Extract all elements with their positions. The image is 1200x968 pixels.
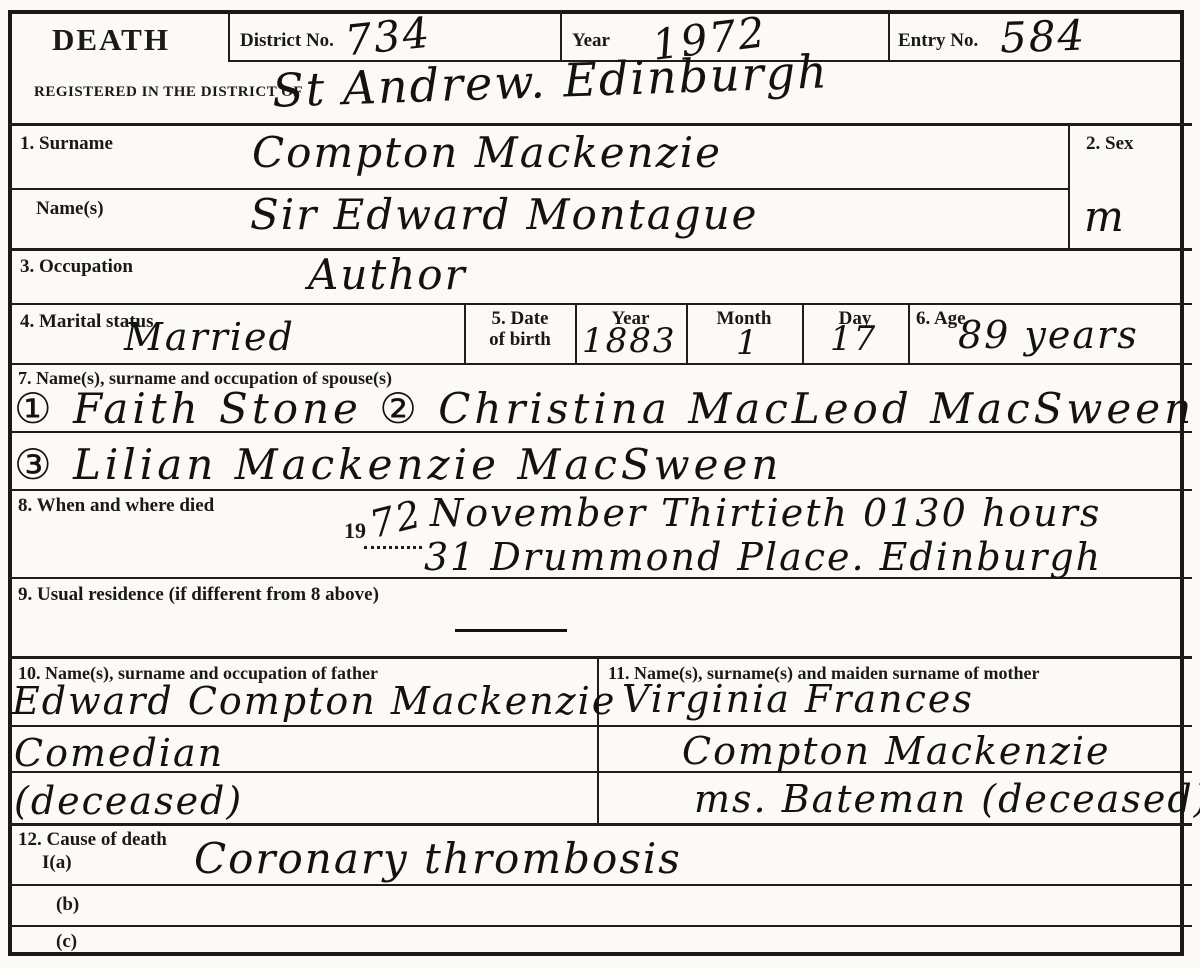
form-type-title: DEATH bbox=[52, 22, 170, 58]
grid-line bbox=[8, 123, 1192, 126]
mother-name: Virginia Frances bbox=[622, 680, 974, 718]
grid-line bbox=[8, 303, 1192, 305]
birth-day-value: 17 bbox=[830, 322, 877, 356]
cause-of-death-label: 12. Cause of death bbox=[18, 829, 167, 851]
grid-line bbox=[8, 656, 1192, 659]
printed-year-prefix: 19 bbox=[344, 518, 366, 544]
cause-c-label: (c) bbox=[56, 931, 77, 953]
spouses-line2: ③ Lilian Mackenzie MacSween bbox=[14, 444, 782, 486]
entry-no-label: Entry No. bbox=[898, 30, 978, 52]
when-where-died-label: 8. When and where died bbox=[18, 495, 214, 517]
spouses-line1: ① Faith Stone ② Christina MacLeod MacSwe… bbox=[14, 388, 1195, 430]
names-value: Sir Edward Montague bbox=[250, 194, 759, 236]
father-status: (deceased) bbox=[14, 782, 243, 820]
grid-line bbox=[8, 884, 1192, 886]
surname-value: Compton Mackenzie bbox=[252, 132, 722, 174]
sex-value: m bbox=[1084, 196, 1126, 238]
died-year-written: 72 bbox=[366, 494, 426, 544]
cause-a-label: I(a) bbox=[42, 852, 72, 874]
year-label: Year bbox=[572, 30, 610, 52]
grid-line bbox=[8, 823, 1192, 826]
occupation-label: 3. Occupation bbox=[20, 256, 133, 278]
father-name: Edward Compton Mackenzie bbox=[12, 682, 616, 720]
birth-month-value: 1 bbox=[736, 326, 760, 360]
grid-line bbox=[8, 363, 1192, 365]
marital-status-value: Married bbox=[124, 318, 295, 356]
date-of-birth-label: 5. Date of birth bbox=[470, 308, 570, 351]
mother-surname: Compton Mackenzie bbox=[682, 732, 1111, 770]
district-no-label: District No. bbox=[240, 30, 334, 52]
registered-district-label: REGISTERED IN THE DISTRICT OF bbox=[34, 84, 303, 101]
names-label: Name(s) bbox=[36, 198, 104, 220]
grid-line bbox=[8, 925, 1192, 927]
occupation-value: Author bbox=[308, 254, 467, 296]
father-occupation: Comedian bbox=[14, 734, 224, 772]
age-value: 89 years bbox=[958, 316, 1139, 354]
blank-entry-dash bbox=[455, 629, 567, 632]
death-certificate: DEATH District No. 734 Year 1972 Entry N… bbox=[0, 0, 1200, 968]
grid-line bbox=[8, 725, 1192, 727]
entry-no-value: 584 bbox=[999, 15, 1087, 60]
died-line1: November Thirtieth 0130 hours bbox=[430, 494, 1101, 532]
cause-a-value: Coronary thrombosis bbox=[194, 838, 682, 880]
grid-line bbox=[8, 248, 1192, 251]
grid-line bbox=[1068, 123, 1070, 248]
surname-label: 1. Surname bbox=[20, 133, 113, 155]
birth-year-value: 1883 bbox=[582, 324, 677, 358]
sex-label: 2. Sex bbox=[1086, 133, 1134, 155]
district-no-value: 734 bbox=[343, 12, 433, 63]
grid-line bbox=[464, 303, 466, 363]
grid-line bbox=[228, 10, 230, 62]
grid-line bbox=[908, 303, 910, 363]
cause-b-label: (b) bbox=[56, 894, 79, 916]
usual-residence-label: 9. Usual residence (if different from 8 … bbox=[18, 584, 379, 606]
grid-line bbox=[888, 10, 890, 62]
mother-maiden-name: ms. Bateman (deceased) bbox=[694, 780, 1200, 818]
died-line2: 31 Drummond Place. Edinburgh bbox=[424, 538, 1102, 576]
